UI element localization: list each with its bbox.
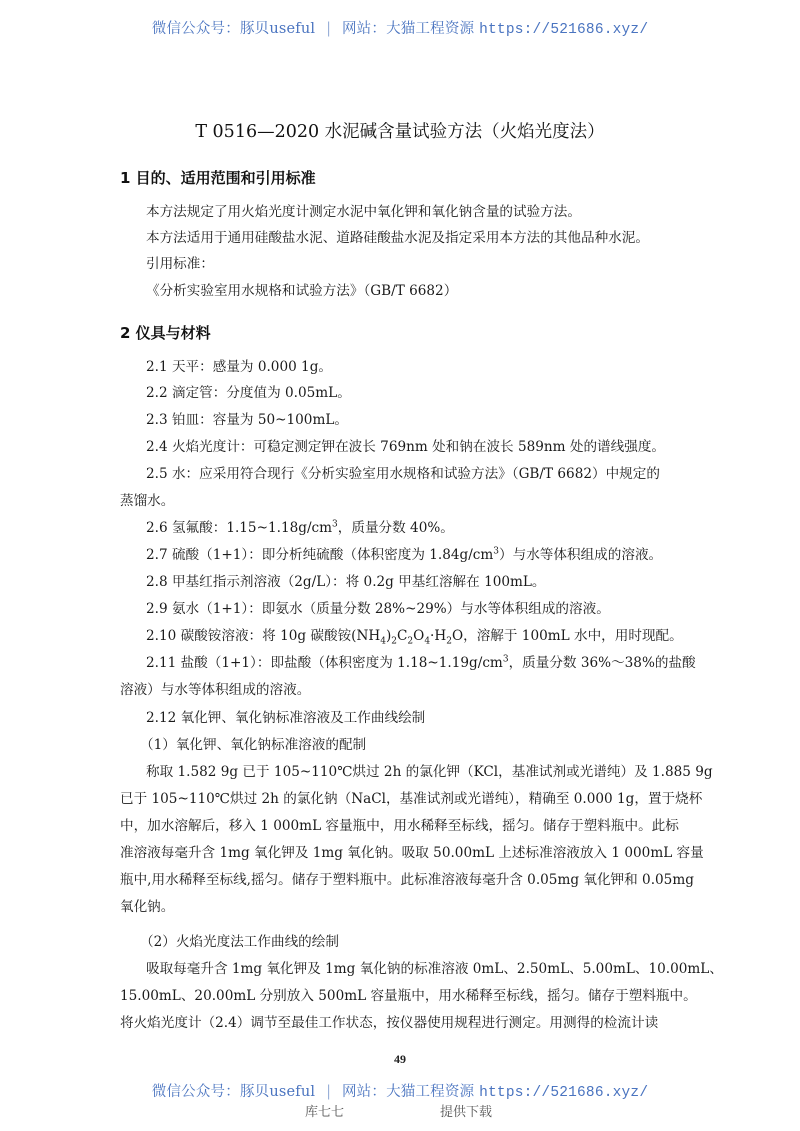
watermark-top: 微信公众号：豚贝useful | 网站：大猫工程资源 https://52168… [0,17,800,38]
document-title: T 0516—2020 水泥碱含量试验方法（火焰光度法） [0,118,800,143]
item-2-11-cont: 溶液）与水等体积组成的溶液。 [120,678,310,698]
item-2-5-cont: 蒸馏水。 [120,489,174,509]
para1-line-6: 氧化钠。 [120,895,174,915]
credit-right: 提供下载 [440,1101,492,1120]
section-1-line-1: 本方法规定了用火焰光度计测定水泥中氧化钾和氧化钠含量的试验方法。 [146,200,581,220]
item-2-11: 2.11 盐酸（1+1）：即盐酸（体积密度为 1.18~1.19g/cm3，质量… [146,651,696,671]
item-2-7: 2.7 硫酸（1+1）：即分析纯硫酸（体积密度为 1.84g/cm3）与水等体积… [146,543,662,563]
para1-line-5: 瓶中,用水稀释至标线,摇匀。储存于塑料瓶中。此标准溶液每毫升含 0.05mg 氧… [120,868,694,888]
section-1-heading: 1 目的、适用范围和引用标准 [120,167,316,188]
item-2-12: 2.12 氧化钾、氧化钠标准溶液及工作曲线绘制 [146,706,425,726]
item-2-4: 2.4 火焰光度计：可稳定测定钾在波长 769nm 处和钠在波长 589nm 处… [146,435,665,455]
watermark-separator: | [326,1084,331,1100]
item-2-6: 2.6 氢氟酸：1.15~1.18g/cm3，质量分数 40%。 [146,516,454,536]
item-2-8: 2.8 甲基红指示剂溶液（2g/L）：将 0.2g 甲基红溶解在 100mL。 [146,570,546,590]
watermark-url: https://521686.xyz/ [479,1085,648,1101]
credit-left: 库七七 [305,1101,344,1120]
watermark-wechat: 微信公众号：豚贝useful [152,1084,316,1100]
watermark-separator: | [326,21,331,37]
para1-line-3: 中，加水溶解后，移入 1 000mL 容量瓶中，用水稀释至标线，摇匀。储存于塑料… [120,814,679,834]
watermark-wechat: 微信公众号：豚贝useful [152,21,316,37]
para2-line-3: 将火焰光度计（2.4）调节至最佳工作状态，按仪器使用规程进行测定。用测得的检流计… [120,1011,658,1031]
section-2-heading: 2 仪具与材料 [120,322,211,343]
subitem-2-heading: （2）火焰光度法工作曲线的绘制 [140,930,339,950]
para1-line-4: 准溶液每毫升含 1mg 氧化钾及 1mg 氧化钠。吸取 50.00mL 上述标准… [120,841,704,861]
page-number: 49 [0,1052,800,1067]
para1-line-1: 称取 1.582 9g 已于 105~110℃烘过 2h 的氯化钾（KCl，基准… [146,760,713,780]
section-1-line-2: 本方法适用于通用硅酸盐水泥、道路硅酸盐水泥及指定采用本方法的其他品种水泥。 [146,226,649,246]
watermark-bottom: 微信公众号：豚贝useful | 网站：大猫工程资源 https://52168… [0,1080,800,1101]
section-1-reference: 《分析实验室用水规格和试验方法》（GB/T 6682） [146,279,457,299]
para1-line-2: 已于 105~110℃烘过 2h 的氯化钠（NaCl，基准试剂或光谱纯），精确至… [120,787,702,807]
item-2-1: 2.1 天平：感量为 0.000 1g。 [146,355,332,375]
item-2-3: 2.3 铂皿：容量为 50~100mL。 [146,408,348,428]
item-2-9: 2.9 氨水（1+1）：即氨水（质量分数 28%~29%）与水等体积组成的溶液。 [146,597,610,617]
subitem-1-heading: （1）氧化钾、氧化钠标准溶液的配制 [140,733,366,753]
para2-line-1: 吸取每毫升含 1mg 氧化钾及 1mg 氧化钠的标准溶液 0mL、2.50mL、… [146,957,723,977]
item-2-5: 2.5 水：应采用符合现行《分析实验室用水规格和试验方法》（GB/T 6682）… [146,462,660,482]
watermark-url: https://521686.xyz/ [479,22,648,38]
para2-line-2: 15.00mL、20.00mL 分别放入 500mL 容量瓶中，用水稀释至标线，… [120,984,697,1004]
item-2-10: 2.10 碳酸铵溶液：将 10g 碳酸铵(NH4)2C2O4·H2O，溶解于 1… [146,624,683,647]
watermark-site: 网站：大猫工程资源 [342,1084,474,1100]
section-1-line-3: 引用标准： [146,252,214,272]
watermark-site: 网站：大猫工程资源 [342,21,474,37]
item-2-2: 2.2 滴定管：分度值为 0.05mL。 [146,381,351,401]
